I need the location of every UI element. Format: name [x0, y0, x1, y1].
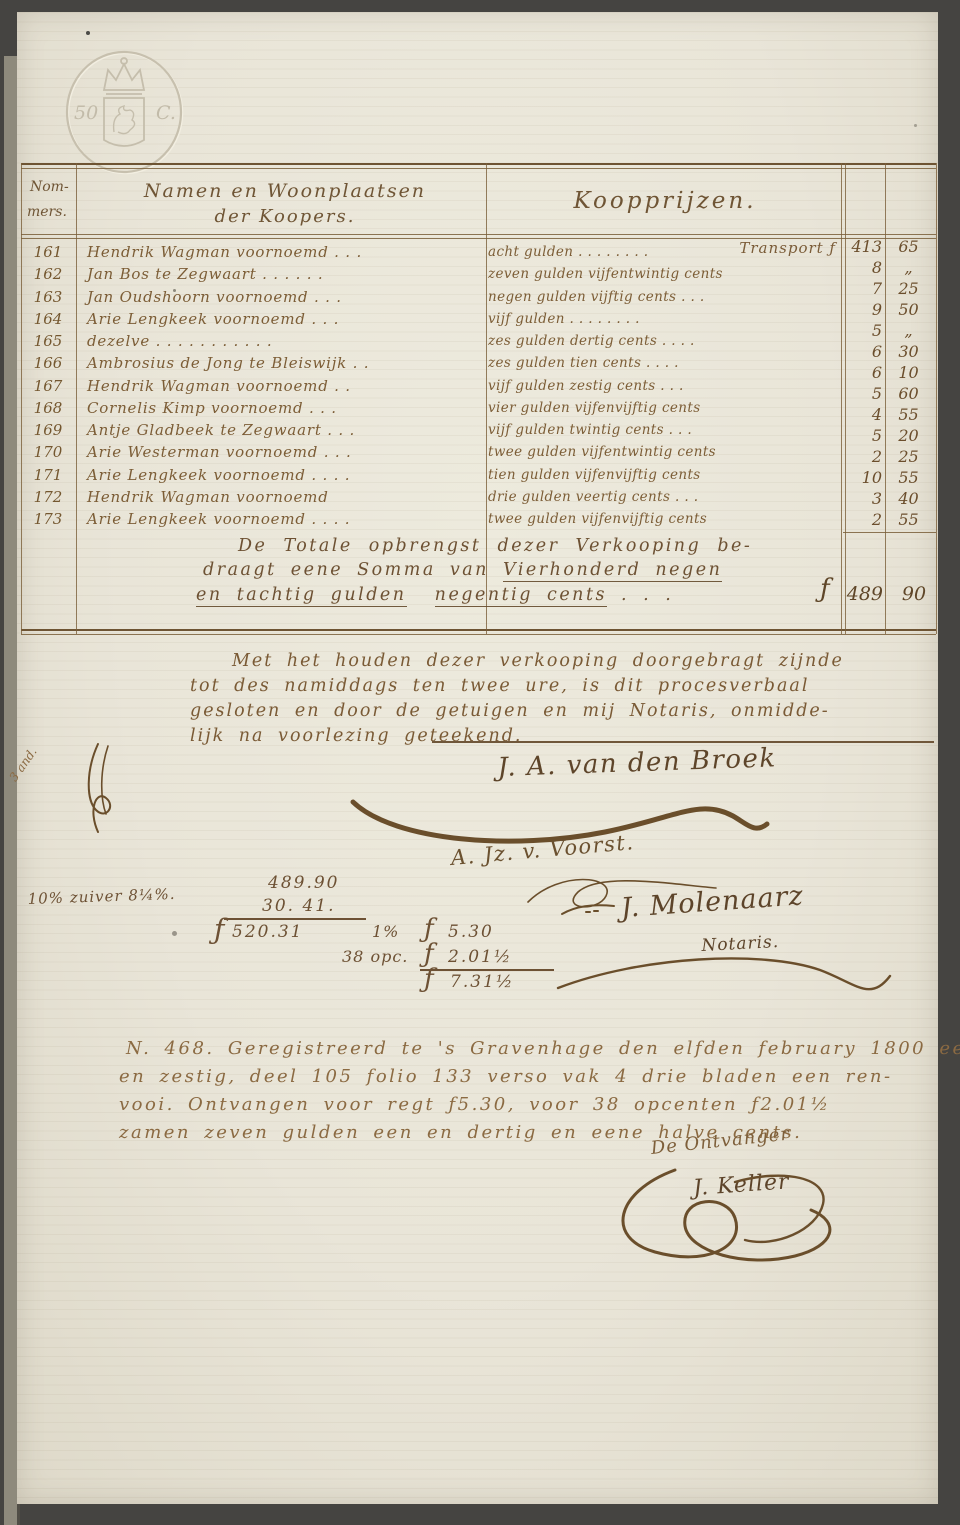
price-in-words: zes gulden dertig cents . . . . [488, 330, 836, 352]
calc-total: 7.31½ [450, 972, 514, 992]
buyer-name: Hendrik Wagman voornoemd . . [75, 377, 351, 395]
amount-guldens: 413 [845, 237, 882, 256]
amount-cents: 25 [882, 447, 935, 466]
calc-subtotal: 520.31 [232, 922, 303, 942]
amount-guldens: 2 [845, 510, 882, 529]
amount-guldens: 8 [845, 258, 882, 277]
price-in-words: tien gulden vijfenvijftig cents [488, 464, 836, 486]
table-border-line [21, 629, 936, 631]
price-words-text: vijf gulden . . . . . . . . [488, 311, 640, 327]
closing-line: tot des namiddags ten twee ure, is dit p… [190, 676, 809, 696]
amount-cents: 65 [882, 237, 935, 256]
ink-speck [914, 124, 917, 127]
buyer-name: Arie Lengkeek voornoemd . . . . [75, 466, 350, 484]
buyer-name: Hendrik Wagman voornoemd [75, 488, 329, 506]
total-line2: draagt eene Somma van Vierhonderd negen [203, 560, 722, 580]
amount-cents: 55 [882, 510, 935, 529]
closing-line: gesloten en door de getuigen en mij Nota… [190, 701, 830, 721]
table-row: 167 Hendrik Wagman voornoemd . . [21, 375, 483, 397]
ink-speck [172, 931, 177, 936]
buyer-name: Cornelis Kimp voornoemd . . . [75, 399, 337, 417]
amount-row: 5 „ [845, 320, 935, 341]
scanned-document: 50 C. Nom- mers. Namen en Woonplaatsen d… [0, 0, 960, 1525]
table-border-line [21, 168, 936, 169]
amount-cents: 40 [882, 489, 935, 508]
buyer-name: Hendrik Wagman voornoemd . . . [75, 243, 362, 261]
paper-sheet: 50 C. [17, 12, 938, 1504]
row-number: 169 [21, 421, 75, 439]
margin-paraph [72, 740, 124, 838]
amount-cents: 20 [882, 426, 935, 445]
table-row: 162 Jan Bos te Zegwaart . . . . . . [21, 263, 483, 285]
amount-guldens: 10 [845, 468, 882, 487]
calc-rule [420, 969, 554, 971]
amount-cents: „ [882, 258, 935, 277]
amount-row: 7 25 [845, 278, 935, 299]
amount-row: 6 30 [845, 341, 935, 362]
amount-row: 2 55 [845, 509, 935, 530]
buyer-name: Arie Lengkeek voornoemd . . . . [75, 510, 350, 528]
amount-row: 10 55 [845, 467, 935, 488]
closing-line: Met het houden dezer verkooping doorgebr… [232, 651, 844, 671]
amount-guldens: 2 [845, 447, 882, 466]
embossed-revenue-stamp: 50 C. [62, 48, 186, 176]
header-names-line1: Namen en Woonplaatsen [120, 180, 450, 202]
price-words-text: vier gulden vijfenvijftig cents [488, 400, 701, 416]
row-number: 163 [21, 288, 75, 306]
florin-sign: ƒ [214, 913, 224, 946]
registration-line: en zestig, deel 105 folio 133 verso vak … [119, 1066, 893, 1087]
total-line3-underlined2: negentig cents [435, 585, 607, 607]
total-line2-underlined: Vierhonderd negen [503, 560, 722, 582]
closing-line: lijk na voorlezing geteekend. [190, 726, 522, 746]
header-koopprijzen: Koopprijzen. [520, 188, 810, 214]
amount-guldens: 6 [845, 363, 882, 382]
row-number: 172 [21, 488, 75, 506]
table-row: 169 Antje Gladbeek te Zegwaart . . . [21, 419, 483, 441]
price-in-words: zeven gulden vijfentwintig cents [488, 263, 836, 285]
total-line1: De Totale opbrengst dezer Verkooping be- [238, 536, 752, 556]
header-nommers-line1: Nom- [30, 179, 69, 195]
amount-cents: 25 [882, 279, 935, 298]
amount-row: 4 55 [845, 404, 935, 425]
amount-cents: 50 [882, 300, 935, 319]
price-words-text: vijf gulden zestig cents . . . [488, 378, 684, 394]
table-row: 161 Hendrik Wagman voornoemd . . . [21, 241, 483, 263]
amount-guldens: 4 [845, 405, 882, 424]
table-border-line [21, 634, 936, 635]
amount-cents: 60 [882, 384, 935, 403]
price-in-words: drie gulden veertig cents . . . [488, 486, 836, 508]
amount-cents: 10 [882, 363, 935, 382]
amount-guldens: 3 [845, 489, 882, 508]
calc-tithe: 30. 41. [262, 896, 335, 916]
total-line3-underlined1: en tachtig gulden [196, 585, 407, 607]
amount-row: 5 60 [845, 383, 935, 404]
amount-cents: 30 [882, 342, 935, 361]
buyer-name: Antje Gladbeek te Zegwaart . . . [75, 421, 355, 439]
price-in-words: twee gulden vijfentwintig cents [488, 441, 836, 463]
total-line3: en tachtig gulden negentig cents . . . [196, 585, 673, 605]
amount-guldens: 5 [845, 426, 882, 445]
header-names-line2: der Koopers. [120, 206, 450, 227]
row-number: 164 [21, 310, 75, 328]
ink-speck [86, 31, 90, 35]
amount-row: 2 25 [845, 446, 935, 467]
florin-sign: ƒ [424, 964, 434, 994]
buyer-name: dezelve . . . . . . . . . . . [75, 332, 273, 350]
buyer-name: Jan Bos te Zegwaart . . . . . . [75, 265, 323, 283]
signature-dash-marks [558, 898, 620, 920]
price-words-text: vijf gulden twintig cents . . . [488, 422, 692, 438]
amount-guldens: 5 [845, 321, 882, 340]
calc-sum-top: 489.90 [268, 873, 339, 893]
price-in-words: acht gulden . . . . . . . . [488, 241, 836, 263]
florin-sign: ƒ [820, 574, 830, 604]
buyers-column: 161 Hendrik Wagman voornoemd . . . 162 J… [21, 241, 483, 530]
table-border-line [21, 234, 936, 236]
total-line3-dots: . . . [607, 585, 673, 605]
table-row: 171 Arie Lengkeek voornoemd . . . . [21, 464, 483, 486]
crown-icon [104, 58, 144, 94]
calc-opcenten-label: 38 opc. [342, 947, 408, 966]
calc-rule [224, 918, 366, 920]
amount-row: 9 50 [845, 299, 935, 320]
stamp-value-left: 50 [74, 102, 98, 124]
amount-guldens: 6 [845, 342, 882, 361]
price-in-words: vijf gulden twintig cents . . . [488, 419, 836, 441]
price-in-words: vijf gulden zestig cents . . . [488, 375, 836, 397]
amount-guldens: 5 [845, 384, 882, 403]
amount-guldens: 7 [845, 279, 882, 298]
amount-row: 3 40 [845, 488, 935, 509]
table-sum-rule [843, 532, 936, 534]
table-row: 164 Arie Lengkeek voornoemd . . . [21, 308, 483, 330]
amount-cents: 55 [882, 468, 935, 487]
price-words-text: zeven gulden vijfentwintig cents [488, 266, 723, 282]
total-cents: 90 [893, 583, 935, 605]
buyer-name: Arie Lengkeek voornoemd . . . [75, 310, 339, 328]
price-words-text: tien gulden vijfenvijftig cents [488, 467, 701, 483]
price-in-words: negen gulden vijftig cents . . . [488, 286, 836, 308]
amount-row: 6 10 [845, 362, 935, 383]
signature-flourish [585, 1152, 860, 1272]
price-in-words: twee gulden vijfenvijftig cents [488, 508, 836, 530]
table-row: 165 dezelve . . . . . . . . . . . [21, 330, 483, 352]
total-line2-pre: draagt eene Somma van [203, 560, 503, 580]
table-border-line [936, 163, 937, 634]
closing-rule [432, 741, 934, 743]
amount-row: 413 65 [845, 236, 935, 257]
header-nommers-line2: mers. [27, 204, 67, 220]
row-number: 173 [21, 510, 75, 528]
row-number: 166 [21, 354, 75, 372]
table-row: 163 Jan Oudshoorn voornoemd . . . [21, 286, 483, 308]
row-number: 167 [21, 377, 75, 395]
table-row: 170 Arie Westerman voornoemd . . . [21, 441, 483, 463]
stamp-value-right: C. [156, 102, 176, 124]
amount-row: 8 „ [845, 257, 935, 278]
prices-in-words-column: acht gulden . . . . . . . . zeven gulden… [488, 241, 836, 530]
registration-line: vooi. Ontvangen voor regt ƒ5.30, voor 38… [119, 1094, 831, 1115]
lion-shield-icon [104, 98, 144, 146]
price-in-words: vier gulden vijfenvijftig cents [488, 397, 836, 419]
table-row: 166 Ambrosius de Jong te Bleiswijk . . [21, 352, 483, 374]
signature-flourish [552, 948, 897, 1008]
row-number: 161 [21, 243, 75, 261]
price-words-text: twee gulden vijfentwintig cents [488, 444, 716, 460]
total-guldens: 489 [843, 583, 883, 605]
price-words-text: drie gulden veertig cents . . . [488, 489, 698, 505]
table-row: 172 Hendrik Wagman voornoemd [21, 486, 483, 508]
total-line3-gap [407, 585, 435, 605]
row-number: 162 [21, 265, 75, 283]
price-words-text: negen gulden vijftig cents . . . [488, 289, 705, 305]
calc-pct-value: 5.30 [448, 922, 494, 942]
row-number: 171 [21, 466, 75, 484]
amount-cents: 55 [882, 405, 935, 424]
row-number: 170 [21, 443, 75, 461]
buyer-name: Arie Westerman voornoemd . . . [75, 443, 352, 461]
amount-row: 5 20 [845, 425, 935, 446]
price-in-words: vijf gulden . . . . . . . . [488, 308, 836, 330]
buyer-name: Ambrosius de Jong te Bleiswijk . . [75, 354, 369, 372]
table-border-line [841, 163, 842, 634]
table-border-line [21, 163, 936, 165]
price-words-text: zes gulden dertig cents . . . . [488, 333, 695, 349]
table-row: 173 Arie Lengkeek voornoemd . . . . [21, 508, 483, 530]
calc-opcenten-value: 2.01½ [448, 947, 512, 967]
price-words-text: zes gulden tien cents . . . . [488, 355, 679, 371]
registration-line: N. 468. Geregistreerd te 's Gravenhage d… [126, 1038, 960, 1059]
row-number: 168 [21, 399, 75, 417]
table-row: 168 Cornelis Kimp voornoemd . . . [21, 397, 483, 419]
amount-cents: „ [882, 321, 935, 340]
price-words-text: twee gulden vijfenvijftig cents [488, 511, 707, 527]
amount-guldens: 9 [845, 300, 882, 319]
buyer-name: Jan Oudshoorn voornoemd . . . [75, 288, 342, 306]
price-in-words: zes gulden tien cents . . . . [488, 352, 836, 374]
amounts-column: 413 65 8 „ 7 25 9 50 5 „ 6 30 6 10 5 60 … [845, 236, 935, 530]
price-words-text: acht gulden . . . . . . . . [488, 244, 648, 260]
row-number: 165 [21, 332, 75, 350]
calc-pct-label: 1% [372, 922, 399, 941]
